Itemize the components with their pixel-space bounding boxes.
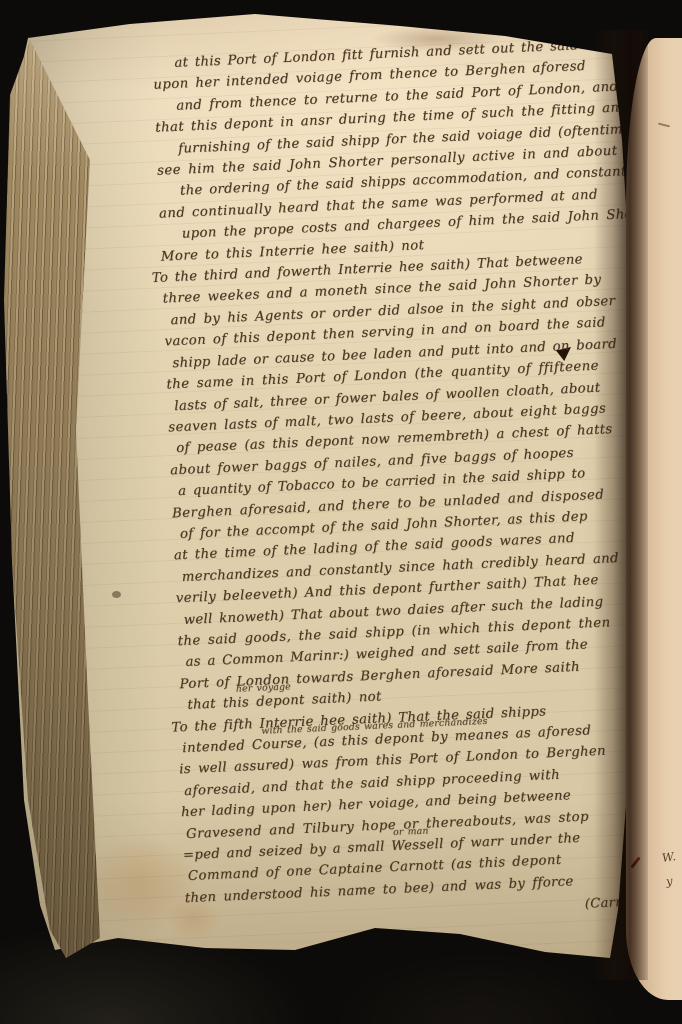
manuscript-line: the said goods, the said shipp (in which… [177, 610, 675, 653]
text-block: at this Port of London fitt furnish and … [148, 32, 682, 933]
manuscript-line: well knoweth) That about two daies after… [183, 588, 674, 631]
manuscript-line: is well assured) was from this Port of L… [179, 738, 681, 781]
manuscript-line: =ped and seized by a small Wessell of wa… [183, 823, 682, 866]
manuscript-line: intended Course, (as this depont by mean… [182, 716, 680, 759]
manuscript-line: vacon of this depont then serving in and… [164, 310, 662, 353]
manuscript-line: To the fifth Interrie hee saith) That th… [171, 695, 679, 739]
manuscript-line: furnishing of the said shipp for the sai… [178, 118, 654, 160]
manuscript-line: Port of London towards Berghen aforesaid… [179, 652, 677, 695]
manuscript-line: three weekes and a moneth since the said… [162, 267, 660, 310]
facing-page-edge: W. y [626, 38, 682, 1000]
manuscript-line: that this depont in ansr during the time… [155, 96, 653, 139]
manuscript-line: her lading upon her) her voiage, and bei… [181, 781, 682, 824]
paragraph-answer-to-third-and-fourth-interrogatory: To the third and fowerth Interrie hee sa… [157, 246, 678, 717]
interlineation: with the said goods wares and merchandiz… [261, 717, 488, 736]
manuscript-line: lasts of salt, three or fower bales of w… [174, 374, 665, 417]
interlineation: or man [393, 827, 429, 838]
facing-page-fragment: y [665, 874, 674, 889]
manuscript-line: More to this Interrie hee saith) not [160, 225, 658, 268]
manuscript-line: of for the accompt of the said John Shor… [180, 503, 671, 546]
manuscript-line: about fower baggs of nailes, and five ba… [170, 438, 668, 481]
manuscript-line: verily beleeveth) And this depont furthe… [175, 567, 673, 610]
stain [166, 896, 220, 940]
manuscript-line: upon the prope costs and chargees of him… [181, 203, 657, 245]
manuscript-line: see him the said John Shorter personally… [157, 139, 655, 182]
manuscript-line: then understood his name to bee) and was… [184, 866, 682, 909]
facing-page-fragment: W. [661, 849, 677, 865]
catchword: (Carry [185, 890, 682, 933]
manuscript-line: and from thence to returne to the said P… [176, 75, 652, 117]
manuscript-line: and by his Agents or order did alsoe in … [170, 289, 661, 332]
interlineation: her voyage [236, 683, 291, 694]
paragraph-answer-continuation: at this Port of London fitt furnish and … [148, 32, 659, 268]
manuscript-line: at this Port of London fitt furnish and … [174, 32, 650, 74]
manuscript-line: as a Common Marinr:) weighed and sett sa… [185, 631, 676, 674]
manuscript-line: the same in this Port of London (the qua… [166, 353, 664, 396]
scratch-mark [658, 123, 670, 128]
manuscript-line: a quantity of Tobacco to be carried in t… [178, 460, 669, 503]
manuscript-line: the ordering of the said shipps accommod… [180, 160, 656, 202]
ink-blot [556, 347, 571, 361]
manuscript-line: at the time of the lading of the said go… [173, 524, 671, 567]
manuscript-line: Gravesend and Tilbury hope or thereabout… [186, 802, 682, 845]
red-mark [630, 856, 640, 868]
manuscript-line: To the third and fowerth Interrie hee sa… [151, 246, 659, 290]
manuscript-line: Command of one Captaine Carnott (as this… [187, 845, 682, 888]
manuscript-line: aforesaid, and that the said shipp proce… [184, 759, 682, 802]
manuscript-line: Berghen aforesaid, and there to be unlad… [172, 481, 670, 524]
manuscript-page: at this Port of London fitt furnish and … [0, 0, 682, 1024]
smudge [372, 26, 502, 52]
manuscript-line: upon her intended voiage from thence to … [153, 53, 651, 96]
manuscript-line: and continually heard that the same was … [159, 182, 657, 225]
paragraph-answer-to-fifth-interrogatory: To the fifth Interrie hee saith) That th… [177, 695, 682, 909]
manuscript-line: of pease (as this depont now remembreth)… [176, 417, 667, 460]
manuscript-line: shipp lade or cause to bee laden and put… [172, 332, 663, 375]
manuscript-line: that this depont saith) nother voyage [187, 674, 678, 717]
speck [112, 591, 121, 598]
manuscript-line: merchandizes and constantly since hath c… [181, 545, 672, 588]
stain [86, 836, 198, 932]
photograph-of-open-book: at this Port of London fitt furnish and … [0, 0, 682, 1024]
manuscript-line: seaven lasts of malt, two lasts of beere… [168, 396, 666, 439]
